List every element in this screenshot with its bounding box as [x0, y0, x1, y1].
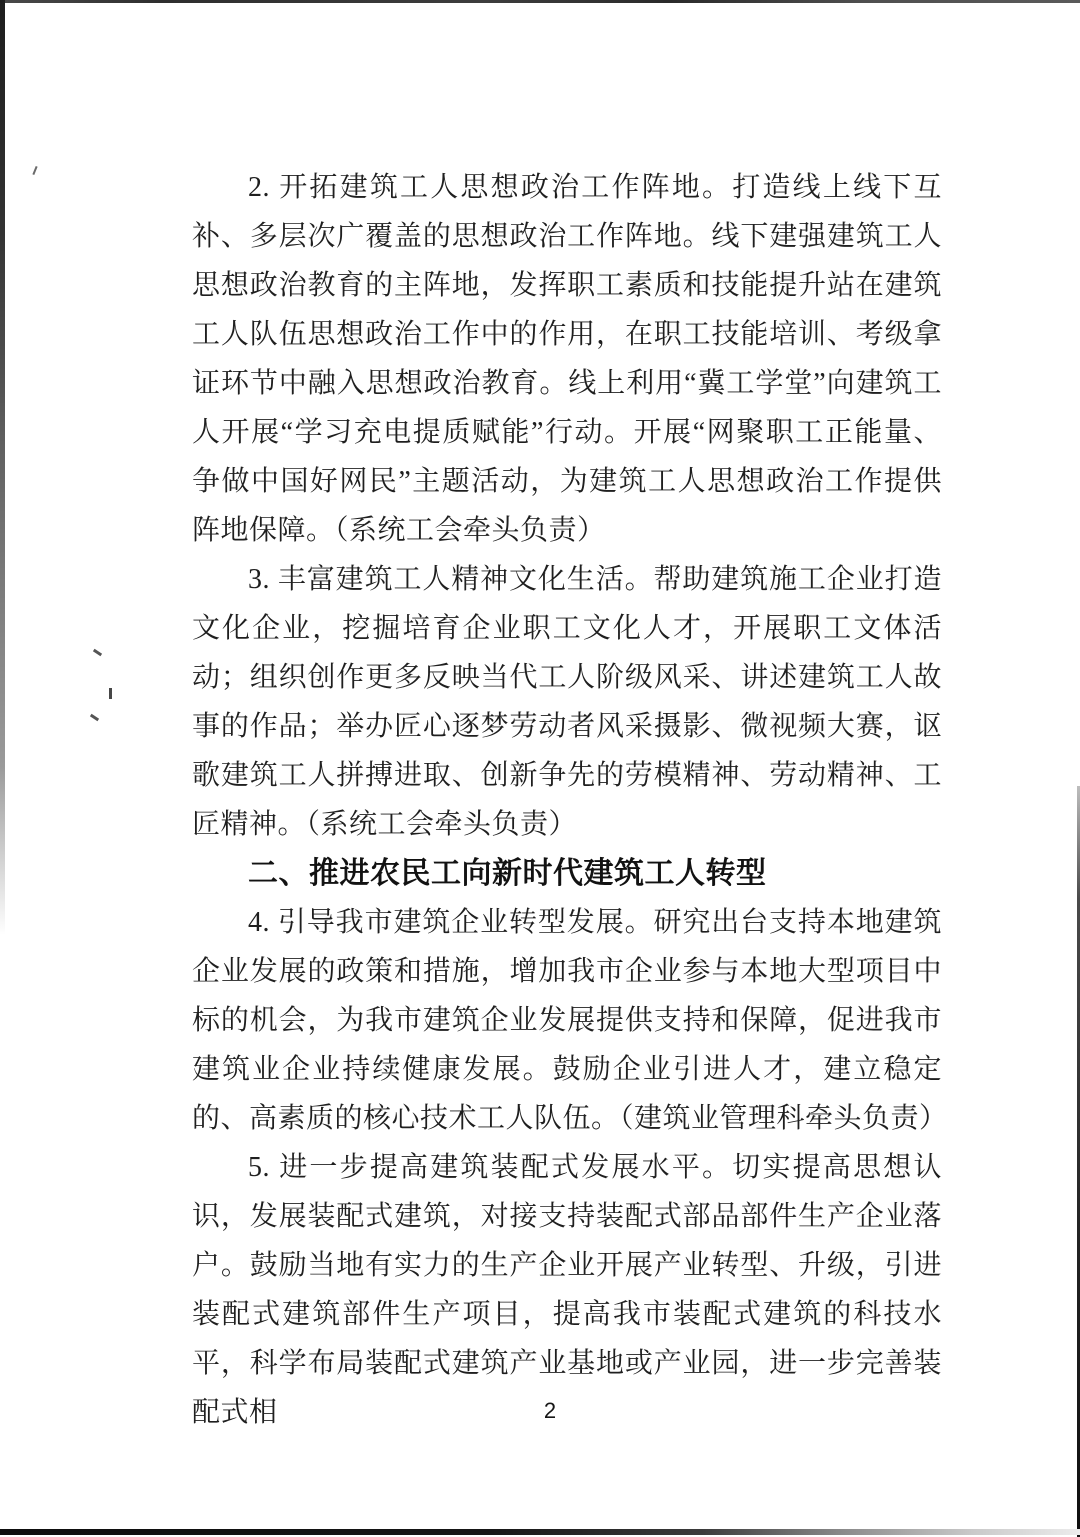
scan-speck — [93, 649, 102, 656]
scan-edge-top — [0, 0, 1080, 3]
scan-edge-left — [0, 0, 5, 935]
scan-edge-bottom — [0, 1529, 1080, 1535]
paragraph: 3. 丰富建筑工人精神文化生活。帮助建筑施工企业打造文化企业，挖掘培育企业职工文… — [192, 555, 942, 849]
scan-speck — [109, 688, 112, 699]
scanned-document-page: 2. 开拓建筑工人思想政治工作阵地。打造线上线下互补、多层次广覆盖的思想政治工作… — [0, 0, 1080, 1537]
section-heading: 二、推进农民工向新时代建筑工人转型 — [192, 849, 942, 898]
page-number: 2 — [536, 1398, 564, 1424]
paragraph: 4. 引导我市建筑企业转型发展。研究出台支持本地建筑企业发展的政策和措施，增加我… — [192, 898, 942, 1143]
paragraph: 2. 开拓建筑工人思想政治工作阵地。打造线上线下互补、多层次广覆盖的思想政治工作… — [192, 163, 942, 555]
scan-speck — [90, 714, 99, 721]
scan-speck — [32, 166, 37, 175]
paragraph: 5. 进一步提高建筑装配式发展水平。切实提高思想认识，发展装配式建筑，对接支持装… — [192, 1143, 942, 1437]
document-body: 2. 开拓建筑工人思想政治工作阵地。打造线上线下互补、多层次广覆盖的思想政治工作… — [192, 163, 942, 1437]
